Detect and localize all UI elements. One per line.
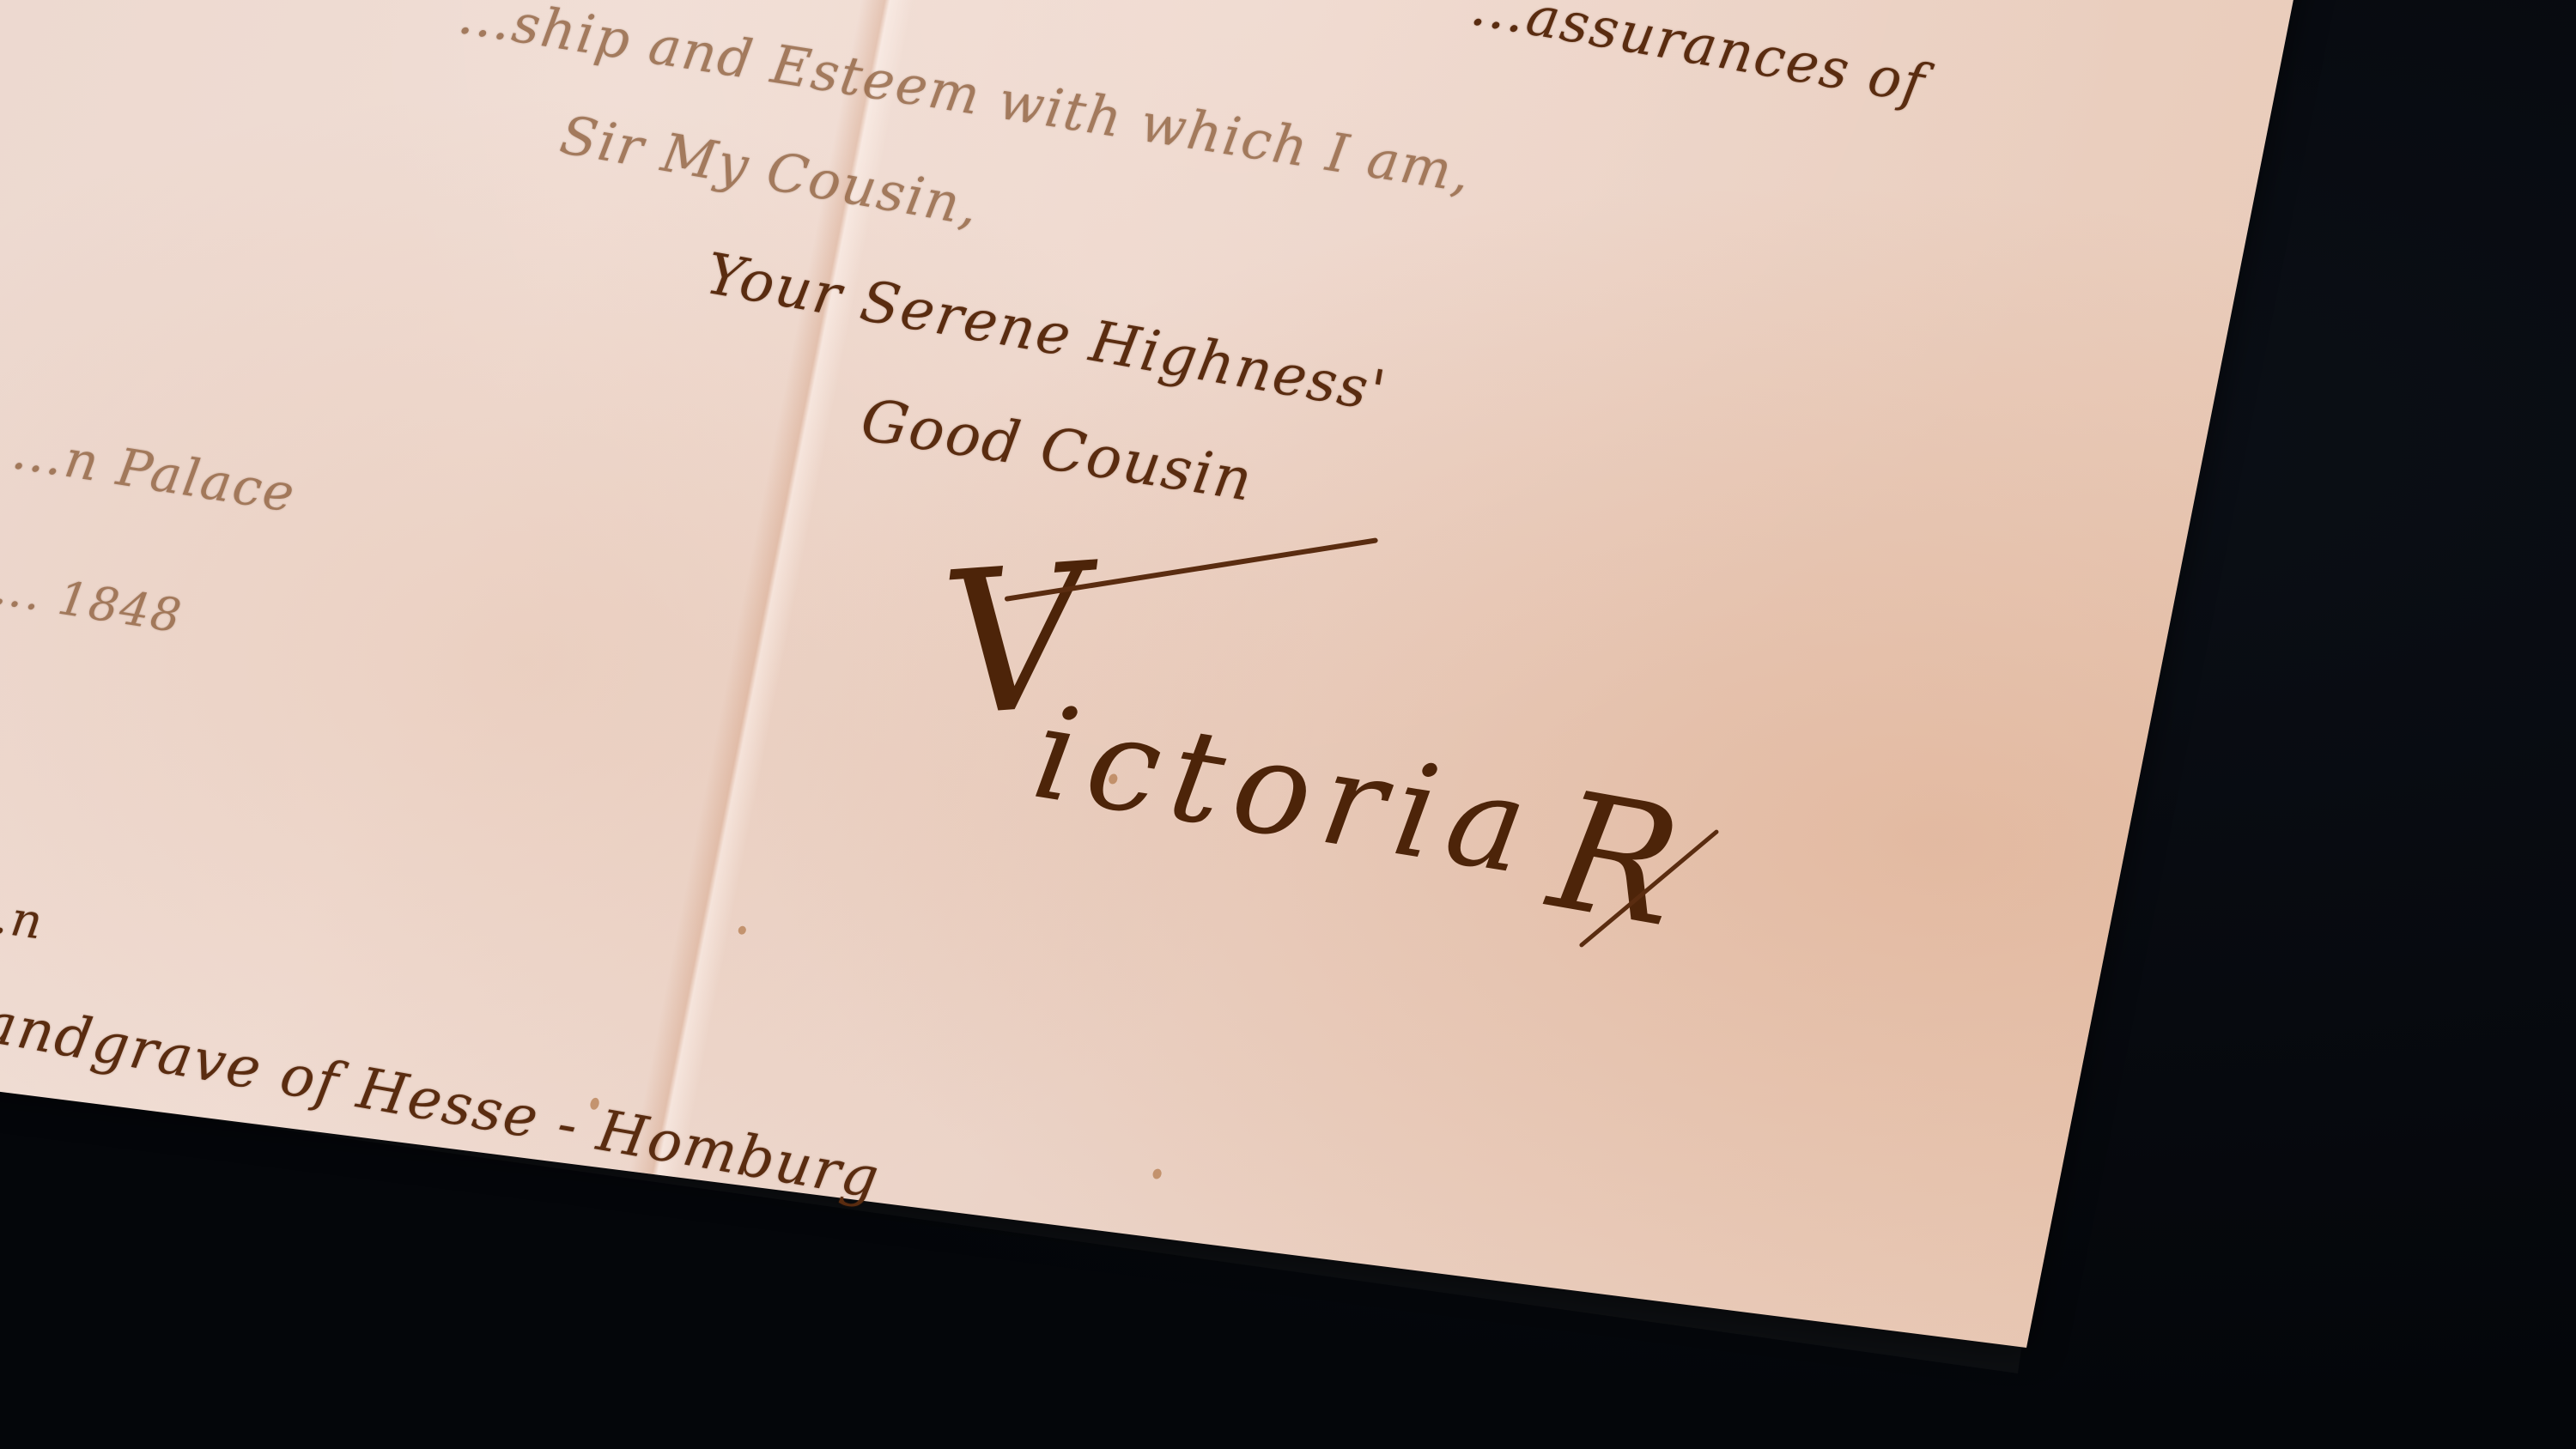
ink-spot (1151, 1168, 1162, 1179)
photo-scene: …assurances of …ship and Esteem with whi… (0, 0, 2576, 1449)
letter-paper (0, 0, 2346, 1348)
addressee-line-1: …n (0, 884, 47, 951)
ink-spot (738, 925, 747, 935)
